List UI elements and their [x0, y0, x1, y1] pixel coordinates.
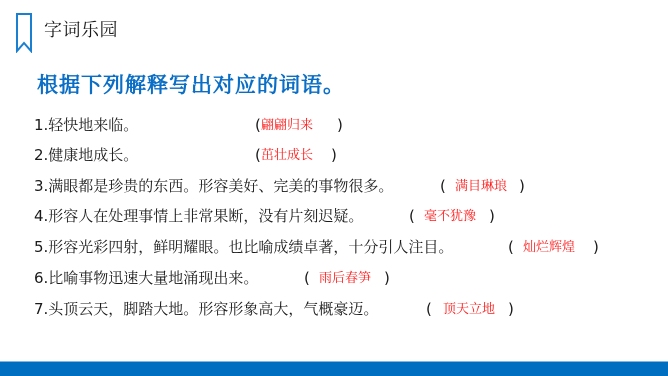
answer-text: 茁壮成长: [261, 145, 313, 167]
instruction-heading: 根据下列解释写出对应的词语。: [37, 69, 345, 99]
answer-text: 灿烂辉煌: [523, 237, 575, 259]
answer-text: 满目琳琅: [455, 176, 507, 198]
open-paren: (: [440, 175, 446, 197]
open-paren: (: [304, 267, 310, 289]
open-paren: (: [255, 144, 261, 166]
answer-text: 毫不犹豫: [424, 206, 476, 228]
answer-text: 雨后春笋: [319, 268, 371, 290]
close-paren: ): [384, 267, 390, 289]
question-text: 7.头顶云天，脚踏大地。形容形象高大，气概豪迈。: [34, 298, 378, 320]
bookmark-icon: [15, 13, 33, 53]
bottom-bar: [0, 361, 668, 376]
question-text: 6.比喻事物迅速大量地涌现出来。: [34, 267, 258, 289]
close-paren: ): [593, 236, 599, 258]
question-text: 3.满眼都是珍贵的东西。形容美好、完美的事物很多。: [34, 175, 393, 197]
close-paren: ): [331, 144, 337, 166]
answer-text: 翩翩归来: [261, 115, 313, 137]
section-title: 字词乐园: [44, 16, 118, 42]
close-paren: ): [508, 298, 514, 320]
close-paren: ): [337, 114, 343, 136]
close-paren: ): [519, 175, 525, 197]
question-text: 5.形容光彩四射，鲜明耀眼。也比喻成绩卓著，十分引人注目。: [34, 236, 453, 258]
open-paren: (: [255, 114, 261, 136]
question-text: 1.轻快地来临。: [34, 114, 138, 136]
question-text: 4.形容人在处理事情上非常果断，没有片刻迟疑。: [34, 205, 363, 227]
question-text: 2.健康地成长。: [34, 144, 138, 166]
answer-text: 顶天立地: [443, 299, 495, 321]
open-paren: (: [508, 236, 514, 258]
open-paren: (: [409, 205, 415, 227]
close-paren: ): [489, 205, 495, 227]
open-paren: (: [426, 298, 432, 320]
